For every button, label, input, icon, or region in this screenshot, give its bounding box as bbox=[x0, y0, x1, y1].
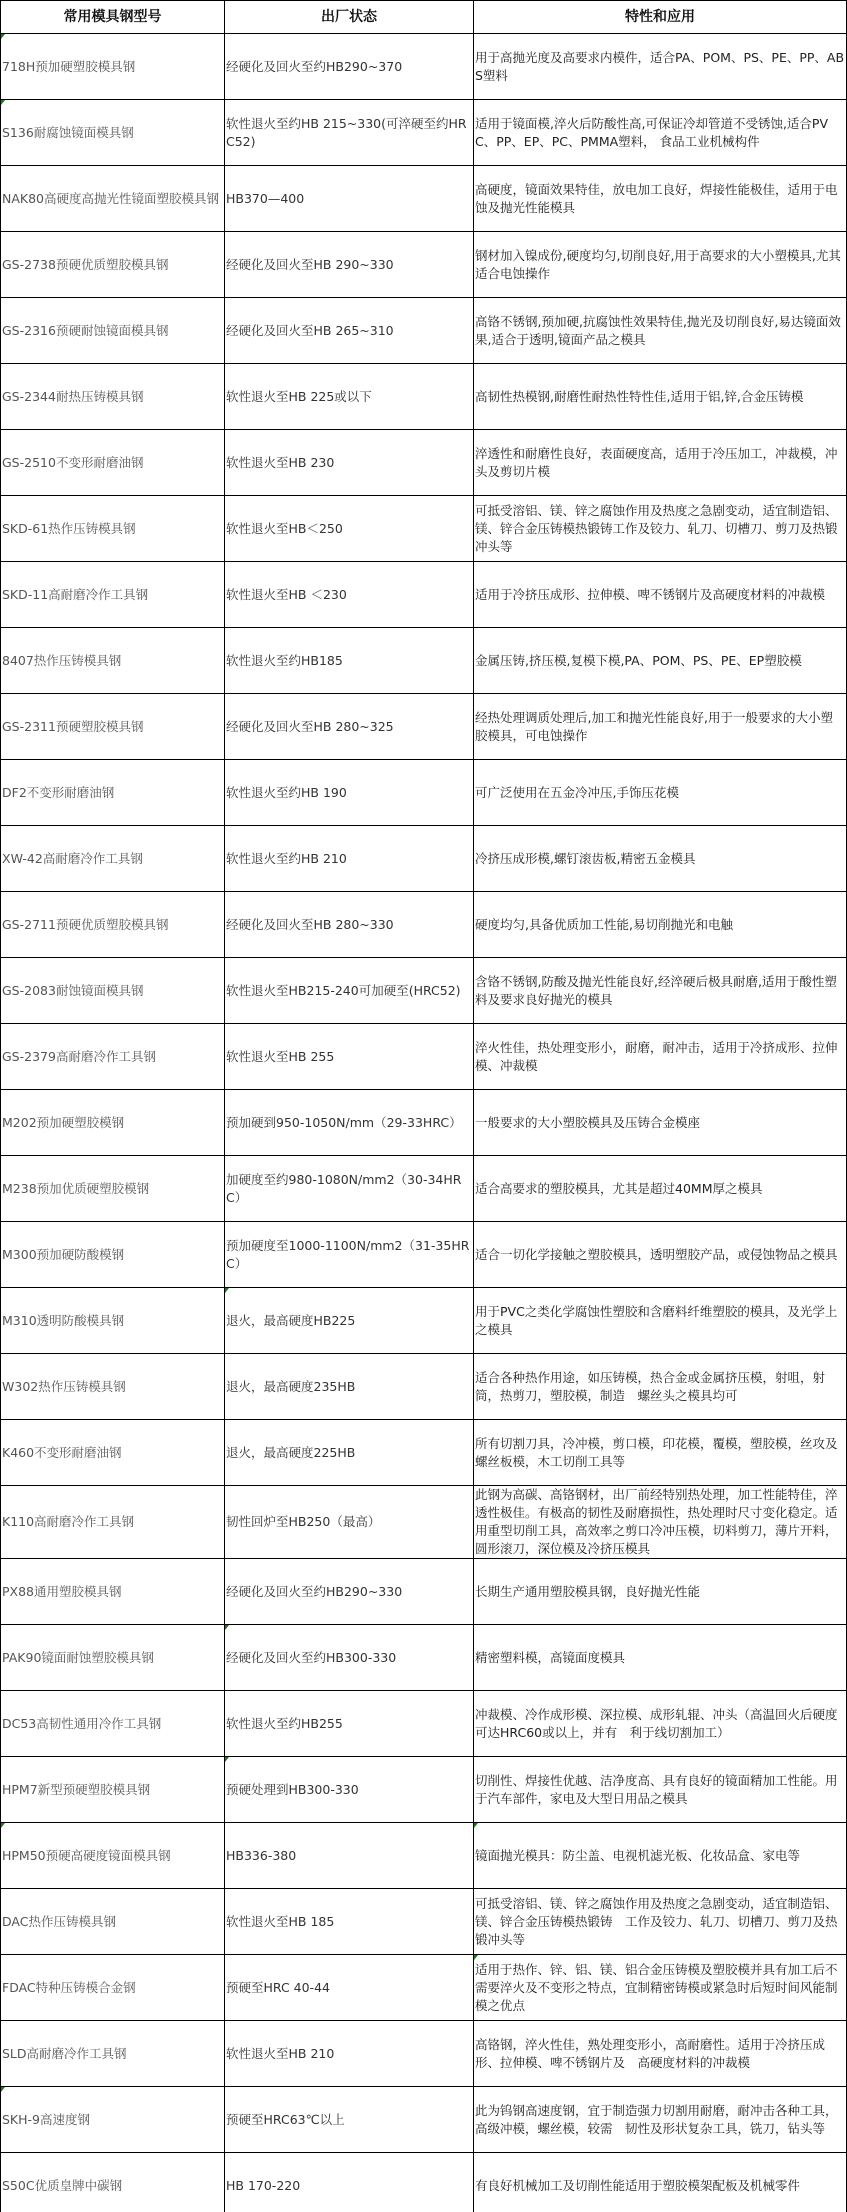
comment-marker-icon bbox=[225, 1757, 229, 1762]
cell-state[interactable]: 经硬化及回火至HB 280~325 bbox=[225, 694, 474, 760]
table-row: HPM7新型预硬塑胶模具钢预硬处理到HB300-330切削性、焊接性优越、洁净度… bbox=[1, 1757, 847, 1823]
cell-state-text: 经硬化及回火至约HB300-330 bbox=[226, 1650, 396, 1665]
cell-grade-text: GS-2316预硬耐蚀镜面模具钢 bbox=[2, 323, 168, 338]
table-row: GS-2316预硬耐蚀镜面模具钢经硬化及回火至HB 265~310高铬不锈钢,预… bbox=[1, 298, 847, 364]
mold-steel-table: 常用模具钢型号 出厂状态 特性和应用 718H预加硬塑胶模具钢经硬化及回火至约H… bbox=[0, 0, 847, 2212]
cell-application-text: 冲裁模、冷作成形模、深拉模、成形轧辊、冲头（高温回火后硬度可达HRC60或以上，… bbox=[475, 1707, 838, 1740]
cell-application[interactable]: 含铬不锈钢,防酸及抛光性能良好,经淬硬后极具耐磨,适用于酸性塑料及要求良好抛光的… bbox=[474, 958, 847, 1024]
table-row: K460不变形耐磨油钢退火，最高硬度225HB所有切割刀具，冷冲模，剪口模，印花… bbox=[1, 1420, 847, 1486]
cell-state[interactable]: 经硬化及回火至HB 265~310 bbox=[225, 298, 474, 364]
cell-state[interactable]: 软性退火至约HB185 bbox=[225, 628, 474, 694]
cell-state-text: 软性退火至HB 255 bbox=[226, 1049, 334, 1064]
cell-application[interactable]: 冲裁模、冷作成形模、深拉模、成形轧辊、冲头（高温回火后硬度可达HRC60或以上，… bbox=[474, 1691, 847, 1757]
cell-grade-text: GS-2510不变形耐磨油钢 bbox=[2, 455, 143, 470]
cell-grade-text: K460不变形耐磨油钢 bbox=[2, 1445, 122, 1460]
cell-application-text: 镜面抛光模具：防尘盖、电视机滤光板、化妆品盒、家电等 bbox=[475, 1848, 800, 1863]
cell-state[interactable]: 经硬化及回火至约HB290~370 bbox=[225, 34, 474, 100]
comment-marker-icon bbox=[474, 1955, 478, 1960]
cell-grade-text: GS-2344耐热压铸模具钢 bbox=[2, 389, 143, 404]
cell-state[interactable]: 软性退火至HB ＜230 bbox=[225, 562, 474, 628]
cell-application[interactable]: 经热处理调质处理后,加工和抛光性能良好,用于一般要求的大小塑胶模具，可电蚀操作 bbox=[474, 694, 847, 760]
cell-state[interactable]: 预加硬度至1000-1100N/mm2（31-35HRC） bbox=[225, 1222, 474, 1288]
cell-grade-text: GS-2083耐蚀镜面模具钢 bbox=[2, 983, 143, 998]
table-row: SLD高耐磨冷作工具钢软性退火至HB 210高铬钢，淬火性佳，熟处理变形小，高耐… bbox=[1, 2021, 847, 2087]
cell-state[interactable]: 经硬化及回火至HB 280~330 bbox=[225, 892, 474, 958]
cell-application[interactable]: 可抵受溶铝、镁、锌之腐蚀作用及热度之急剧变动，适宜制造铝、镁、锌合金压铸模热锻铸… bbox=[474, 1889, 847, 1955]
cell-state-text: 软性退火至HB 210 bbox=[226, 2046, 334, 2061]
cell-application[interactable]: 所有切割刀具，冷冲模，剪口模，印花模，覆模，塑胶模，丝攻及螺丝板模，木工切削工具… bbox=[474, 1420, 847, 1486]
table-row: M238预加优质硬塑胶模钢加硬度至约980-1080N/mm2（30-34HRC… bbox=[1, 1156, 847, 1222]
cell-state[interactable]: 软性退火至约HB 210 bbox=[225, 826, 474, 892]
table-row: FDAC特种压铸模合金钢预硬至HRC 40-44适用于热作、锌、铝、镁、铝合金压… bbox=[1, 1955, 847, 2021]
cell-grade[interactable]: S136耐腐蚀镜面模具钢 bbox=[1, 100, 225, 166]
cell-grade-text: M238预加优质硬塑胶模钢 bbox=[2, 1181, 149, 1196]
cell-state[interactable]: 韧性回炉至HB250（最高） bbox=[225, 1486, 474, 1559]
cell-application[interactable]: 用于PVC之类化学腐蚀性塑胶和含磨料纤维塑胶的模具，及光学上之模具 bbox=[474, 1288, 847, 1354]
cell-state-text: 软性退火至HB ＜230 bbox=[226, 587, 347, 602]
cell-application[interactable]: 适用于冷挤压成形、拉伸模、啤不锈钢片及高硬度材料的冲裁模 bbox=[474, 562, 847, 628]
cell-application[interactable]: 淬透性和耐磨性良好，表面硬度高，适用于冷压加工，冲裁模，冲头及剪切片模 bbox=[474, 430, 847, 496]
cell-grade[interactable]: HPM7新型预硬塑胶模具钢 bbox=[1, 1757, 225, 1823]
cell-application-text: 高韧性热模钢,耐磨性耐热性特性佳,适用于铝,锌,合金压铸模 bbox=[475, 389, 803, 404]
cell-state-text: 退火，最高硬度225HB bbox=[226, 1445, 355, 1460]
cell-grade[interactable]: GS-2344耐热压铸模具钢 bbox=[1, 364, 225, 430]
cell-application[interactable]: 硬度均匀,具备优质加工性能,易切削抛光和电触 bbox=[474, 892, 847, 958]
cell-application[interactable]: 高硬度，镜面效果特佳，放电加工良好，焊接性能极佳，适用于电蚀及抛光性能模具 bbox=[474, 166, 847, 232]
cell-application-text: 高铬钢，淬火性佳，熟处理变形小，高耐磨性。适用于冷挤压成形、拉伸模、啤不锈钢片及… bbox=[475, 2037, 825, 2070]
cell-state-text: 加硬度至约980-1080N/mm2（30-34HRC） bbox=[226, 1172, 461, 1205]
cell-application[interactable]: 高铬钢，淬火性佳，熟处理变形小，高耐磨性。适用于冷挤压成形、拉伸模、啤不锈钢片及… bbox=[474, 2021, 847, 2087]
cell-state[interactable]: 加硬度至约980-1080N/mm2（30-34HRC） bbox=[225, 1156, 474, 1222]
table-row: GS-2711预硬优质塑胶模具钢经硬化及回火至HB 280~330硬度均匀,具备… bbox=[1, 892, 847, 958]
table-row: SKD-61热作压铸模具钢软性退火至HB＜250可抵受溶铝、镁、锌之腐蚀作用及热… bbox=[1, 496, 847, 562]
cell-state[interactable]: 预加硬到950-1050N/mm（29-33HRC） bbox=[225, 1090, 474, 1156]
cell-state-text: 退火，最高硬度HB225 bbox=[226, 1313, 355, 1328]
cell-state-text: 经硬化及回火至约HB290~330 bbox=[226, 1584, 402, 1599]
cell-grade[interactable]: SKD-11高耐磨冷作工具钢 bbox=[1, 562, 225, 628]
cell-state-text: 软性退火至HB215-240可加硬至(HRC52) bbox=[226, 983, 461, 998]
cell-application[interactable]: 精密塑料模，高镜面度模具 bbox=[474, 1625, 847, 1691]
cell-grade-text: XW-42高耐磨冷作工具钢 bbox=[2, 851, 143, 866]
cell-grade-text: S136耐腐蚀镜面模具钢 bbox=[2, 125, 134, 140]
cell-application-text: 适合高要求的塑胶模具，尤其是超过40MM厚之模具 bbox=[475, 1181, 762, 1196]
cell-state[interactable]: 软性退火至HB 185 bbox=[225, 1889, 474, 1955]
cell-application[interactable]: 可抵受溶铝、镁、锌之腐蚀作用及热度之急剧变动，适宜制造铝、镁、锌合金压铸模热锻铸… bbox=[474, 496, 847, 562]
cell-grade-text: PAK90镜面耐蚀塑胶模具钢 bbox=[2, 1650, 154, 1665]
cell-application-text: 有良好机械加工及切削性能适用于塑胶模架配板及机械零件 bbox=[475, 2178, 800, 2193]
table-row: GS-2510不变形耐磨油钢软性退火至HB 230淬透性和耐磨性良好，表面硬度高… bbox=[1, 430, 847, 496]
cell-application-text: 可抵受溶铝、镁、锌之腐蚀作用及热度之急剧变动，适宜制造铝、镁、锌合金压铸模热锻铸… bbox=[475, 1896, 838, 1947]
table-row: GS-2344耐热压铸模具钢软性退火至HB 225或以下高韧性热模钢,耐磨性耐热… bbox=[1, 364, 847, 430]
cell-grade[interactable]: S50C优质皇牌中碳钢 bbox=[1, 2153, 225, 2212]
cell-application-text: 硬度均匀,具备优质加工性能,易切削抛光和电触 bbox=[475, 917, 733, 932]
cell-application[interactable]: 长期生产通用塑胶模具钢，良好抛光性能 bbox=[474, 1559, 847, 1625]
cell-grade-text: DAC热作压铸模具钢 bbox=[2, 1914, 116, 1929]
cell-grade-text: GS-2311预硬塑胶模具钢 bbox=[2, 719, 143, 734]
cell-state[interactable]: 软性退火至约HB 215~330(可淬硬至约HRC52) bbox=[225, 100, 474, 166]
cell-grade-text: 8407热作压铸模具钢 bbox=[2, 653, 121, 668]
cell-grade[interactable]: GS-2311预硬塑胶模具钢 bbox=[1, 694, 225, 760]
comment-marker-icon bbox=[225, 1625, 229, 1630]
cell-application[interactable]: 钢材加入镍成份,硬度均匀,切削良好,用于高要求的大小塑模具,尤其适合电蚀操作 bbox=[474, 232, 847, 298]
cell-state-text: 经硬化及回火至约HB290~370 bbox=[226, 59, 402, 74]
cell-grade-text: GS-2711预硬优质塑胶模具钢 bbox=[2, 917, 168, 932]
cell-grade-text: 718H预加硬塑胶模具钢 bbox=[2, 59, 135, 74]
comment-marker-icon bbox=[474, 1823, 478, 1828]
cell-application-text: 长期生产通用塑胶模具钢，良好抛光性能 bbox=[475, 1584, 700, 1599]
cell-grade-text: DF2不变形耐磨油钢 bbox=[2, 785, 114, 800]
cell-grade-text: GS-2738预硬优质塑胶模具钢 bbox=[2, 257, 168, 272]
cell-state[interactable]: HB370—400 bbox=[225, 166, 474, 232]
cell-grade-text: DC53高韧性通用冷作工具钢 bbox=[2, 1716, 161, 1731]
cell-state-text: 软性退火至约HB 215~330(可淬硬至约HRC52) bbox=[226, 116, 467, 149]
cell-grade-text: PX88通用塑胶模具钢 bbox=[2, 1584, 122, 1599]
cell-grade[interactable]: PX88通用塑胶模具钢 bbox=[1, 1559, 225, 1625]
table-row: XW-42高耐磨冷作工具钢软性退火至约HB 210冷挤压成形模,螺钉滚齿板,精密… bbox=[1, 826, 847, 892]
cell-application[interactable]: 适合各种热作用途，如压铸模，热合金或金属挤压模，射咀，射筒，热剪刀，塑胶模，制造… bbox=[474, 1354, 847, 1420]
cell-grade[interactable]: HPM50预硬高硬度镜面模具钢 bbox=[1, 1823, 225, 1889]
cell-state-text: 软性退火至约HB185 bbox=[226, 653, 343, 668]
cell-state[interactable]: 经硬化及回火至约HB300-330 bbox=[225, 1625, 474, 1691]
cell-application-text: 适用于热作、锌、铝、镁、铝合金压铸模及塑胶模并具有加工后不需要淬火及不变形之特点… bbox=[475, 1962, 838, 2013]
cell-grade[interactable]: PAK90镜面耐蚀塑胶模具钢 bbox=[1, 1625, 225, 1691]
cell-state-text: 软性退火至约HB255 bbox=[226, 1716, 343, 1731]
cell-grade-text: SKH-9高速度钢 bbox=[2, 2112, 90, 2127]
cell-grade[interactable]: M310透明防酸模具钢 bbox=[1, 1288, 225, 1354]
table-row: GS-2379高耐磨冷作工具钢软性退火至HB 255淬火性佳，热处理变形小，耐磨… bbox=[1, 1024, 847, 1090]
cell-application-text: 经热处理调质处理后,加工和抛光性能良好,用于一般要求的大小塑胶模具，可电蚀操作 bbox=[475, 710, 833, 743]
table-row: GS-2083耐蚀镜面模具钢软性退火至HB215-240可加硬至(HRC52)含… bbox=[1, 958, 847, 1024]
cell-grade[interactable]: GS-2510不变形耐磨油钢 bbox=[1, 430, 225, 496]
cell-application-text: 精密塑料模，高镜面度模具 bbox=[475, 1650, 625, 1665]
table-row: M300预加硬防酸模钢预加硬度至1000-1100N/mm2（31-35HRC）… bbox=[1, 1222, 847, 1288]
cell-application-text: 此为钨钢高速度钢，宜于制造强力切割用耐磨，耐冲击各种工具，高级冲模，螺丝模，较需… bbox=[475, 2103, 838, 2136]
cell-grade[interactable]: W302热作压铸模具钢 bbox=[1, 1354, 225, 1420]
cell-state-text: 预硬处理到HB300-330 bbox=[226, 1782, 359, 1797]
cell-grade-text: K110高耐磨冷作工具钢 bbox=[2, 1514, 134, 1529]
cell-state-text: 经硬化及回火至HB 280~330 bbox=[226, 917, 394, 932]
cell-grade-text: M202预加硬塑胶模钢 bbox=[2, 1115, 124, 1130]
cell-grade-text: S50C优质皇牌中碳钢 bbox=[2, 2178, 122, 2193]
cell-state[interactable]: 软性退火至HB 230 bbox=[225, 430, 474, 496]
cell-grade-text: HPM7新型预硬塑胶模具钢 bbox=[2, 1782, 150, 1797]
cell-state[interactable]: 预硬至HRC63℃以上 bbox=[225, 2087, 474, 2153]
cell-grade[interactable]: SLD高耐磨冷作工具钢 bbox=[1, 2021, 225, 2087]
cell-application-text: 适用于镜面模,淬火后防酸性高,可保证冷却管道不受锈蚀,适合PVC、PP、EP、P… bbox=[475, 116, 828, 149]
cell-state-text: 软性退火至HB 185 bbox=[226, 1914, 334, 1929]
header-grade: 常用模具钢型号 bbox=[1, 1, 225, 34]
cell-grade[interactable]: GS-2711预硬优质塑胶模具钢 bbox=[1, 892, 225, 958]
cell-state-text: 预加硬度至1000-1100N/mm2（31-35HRC） bbox=[226, 1238, 469, 1271]
cell-grade[interactable]: M202预加硬塑胶模钢 bbox=[1, 1090, 225, 1156]
cell-application-text: 适合一切化学接触之塑胶模具，透明塑胶产品，或侵蚀物品之模具 bbox=[475, 1247, 838, 1262]
cell-grade[interactable]: SKD-61热作压铸模具钢 bbox=[1, 496, 225, 562]
cell-grade-text: HPM50预硬高硬度镜面模具钢 bbox=[2, 1848, 171, 1863]
cell-state-text: 经硬化及回火至HB 290~330 bbox=[226, 257, 394, 272]
cell-state[interactable]: 经硬化及回火至HB 290~330 bbox=[225, 232, 474, 298]
cell-application-text: 可广泛使用在五金冷冲压,手饰压花模 bbox=[475, 785, 679, 800]
table-row: M202预加硬塑胶模钢预加硬到950-1050N/mm（29-33HRC）一般要… bbox=[1, 1090, 847, 1156]
cell-application-text: 淬火性佳，热处理变形小，耐磨，耐冲击，适用于冷挤成形、拉伸模、冲裁模 bbox=[475, 1040, 838, 1073]
cell-state-text: 经硬化及回火至HB 265~310 bbox=[226, 323, 394, 338]
cell-application-text: 淬透性和耐磨性良好，表面硬度高，适用于冷压加工，冲裁模，冲头及剪切片模 bbox=[475, 446, 838, 479]
cell-application-text: 用于高抛光度及高要求内模件，适合PA、POM、PS、PE、PP、ABS塑料 bbox=[475, 50, 844, 83]
cell-grade[interactable]: 8407热作压铸模具钢 bbox=[1, 628, 225, 694]
cell-state[interactable]: 软性退火至HB215-240可加硬至(HRC52) bbox=[225, 958, 474, 1024]
table-row: 718H预加硬塑胶模具钢经硬化及回火至约HB290~370用于高抛光度及高要求内… bbox=[1, 34, 847, 100]
cell-grade-text: W302热作压铸模具钢 bbox=[2, 1379, 126, 1394]
comment-marker-icon bbox=[1, 100, 5, 105]
cell-application[interactable]: 镜面抛光模具：防尘盖、电视机滤光板、化妆品盒、家电等 bbox=[474, 1823, 847, 1889]
cell-state-text: 软性退火至HB 230 bbox=[226, 455, 334, 470]
table-row: GS-2738预硬优质塑胶模具钢经硬化及回火至HB 290~330钢材加入镍成份… bbox=[1, 232, 847, 298]
cell-grade[interactable]: DC53高韧性通用冷作工具钢 bbox=[1, 1691, 225, 1757]
cell-state-text: 预加硬到950-1050N/mm（29-33HRC） bbox=[226, 1115, 462, 1130]
cell-grade-text: GS-2379高耐磨冷作工具钢 bbox=[2, 1049, 156, 1064]
cell-application[interactable]: 有良好机械加工及切削性能适用于塑胶模架配板及机械零件 bbox=[474, 2153, 847, 2212]
cell-application[interactable]: 用于高抛光度及高要求内模件，适合PA、POM、PS、PE、PP、ABS塑料 bbox=[474, 34, 847, 100]
comment-marker-icon bbox=[1, 34, 5, 39]
cell-grade[interactable]: DF2不变形耐磨油钢 bbox=[1, 760, 225, 826]
cell-application-text: 切削性、焊接性优越、洁净度高、具有良好的镜面精加工性能。用于汽车部件，家电及大型… bbox=[475, 1773, 838, 1806]
cell-state-text: 软性退火至约HB 210 bbox=[226, 851, 347, 866]
cell-application[interactable]: 适合一切化学接触之塑胶模具，透明塑胶产品，或侵蚀物品之模具 bbox=[474, 1222, 847, 1288]
comment-marker-icon bbox=[1, 1823, 5, 1828]
table-row: S136耐腐蚀镜面模具钢软性退火至约HB 215~330(可淬硬至约HRC52)… bbox=[1, 100, 847, 166]
cell-application-text: 所有切割刀具，冷冲模，剪口模，印花模，覆模，塑胶模，丝攻及螺丝板模，木工切削工具… bbox=[475, 1436, 838, 1469]
cell-application-text: 金属压铸,挤压模,复模下模,PA、POM、PS、PE、EP塑胶模 bbox=[475, 653, 802, 668]
cell-grade-text: SLD高耐磨冷作工具钢 bbox=[2, 2046, 127, 2061]
cell-grade-text: FDAC特种压铸模合金钢 bbox=[2, 1980, 136, 1995]
table-row: S50C优质皇牌中碳钢HB 170-220有良好机械加工及切削性能适用于塑胶模架… bbox=[1, 2153, 847, 2212]
cell-application[interactable]: 适合高要求的塑胶模具，尤其是超过40MM厚之模具 bbox=[474, 1156, 847, 1222]
cell-grade-text: SKD-11高耐磨冷作工具钢 bbox=[2, 587, 148, 602]
table-row: W302热作压铸模具钢退火，最高硬度235HB适合各种热作用途，如压铸模，热合金… bbox=[1, 1354, 847, 1420]
cell-grade[interactable]: M238预加优质硬塑胶模钢 bbox=[1, 1156, 225, 1222]
cell-state[interactable]: HB336-380 bbox=[225, 1823, 474, 1889]
header-state: 出厂状态 bbox=[225, 1, 474, 34]
cell-application[interactable]: 此为钨钢高速度钢，宜于制造强力切割用耐磨，耐冲击各种工具，高级冲模，螺丝模，较需… bbox=[474, 2087, 847, 2153]
cell-state-text: 预硬至HRC 40-44 bbox=[226, 1980, 330, 1995]
comment-marker-icon bbox=[1, 2087, 5, 2092]
cell-application[interactable]: 高铬不锈钢,预加硬,抗腐蚀性效果特佳,抛光及切削良好,易达镜面效果,适合于透明,… bbox=[474, 298, 847, 364]
cell-state-text: 经硬化及回火至HB 280~325 bbox=[226, 719, 394, 734]
cell-application[interactable]: 可广泛使用在五金冷冲压,手饰压花模 bbox=[474, 760, 847, 826]
cell-state[interactable]: 软性退火至约HB 190 bbox=[225, 760, 474, 826]
table-row: PAK90镜面耐蚀塑胶模具钢经硬化及回火至约HB300-330精密塑料模，高镜面… bbox=[1, 1625, 847, 1691]
header-row: 常用模具钢型号 出厂状态 特性和应用 bbox=[1, 1, 847, 34]
cell-state[interactable]: 退火，最高硬度HB225 bbox=[225, 1288, 474, 1354]
cell-grade[interactable]: K110高耐磨冷作工具钢 bbox=[1, 1486, 225, 1559]
cell-grade[interactable]: NAK80高硬度高抛光性镜面塑胶模具钢 bbox=[1, 166, 225, 232]
table-body: 718H预加硬塑胶模具钢经硬化及回火至约HB290~370用于高抛光度及高要求内… bbox=[1, 34, 847, 2212]
cell-application[interactable]: 冷挤压成形模,螺钉滚齿板,精密五金模具 bbox=[474, 826, 847, 892]
table-row: DAC热作压铸模具钢软性退火至HB 185可抵受溶铝、镁、锌之腐蚀作用及热度之急… bbox=[1, 1889, 847, 1955]
cell-state-text: HB336-380 bbox=[226, 1848, 296, 1863]
cell-state[interactable]: 经硬化及回火至约HB290~330 bbox=[225, 1559, 474, 1625]
cell-state-text: HB370—400 bbox=[226, 191, 304, 206]
cell-grade-text: M310透明防酸模具钢 bbox=[2, 1313, 124, 1328]
cell-application[interactable]: 此钢为高碳、高铬钢材，出厂前经特别热处理，加工性能特佳，淬透性极佳。有极高的韧性… bbox=[474, 1486, 847, 1559]
table-row: SKH-9高速度钢预硬至HRC63℃以上此为钨钢高速度钢，宜于制造强力切割用耐磨… bbox=[1, 2087, 847, 2153]
cell-grade-text: SKD-61热作压铸模具钢 bbox=[2, 521, 136, 536]
cell-grade[interactable]: DAC热作压铸模具钢 bbox=[1, 1889, 225, 1955]
cell-application[interactable]: 切削性、焊接性优越、洁净度高、具有良好的镜面精加工性能。用于汽车部件，家电及大型… bbox=[474, 1757, 847, 1823]
cell-state[interactable]: 预硬至HRC 40-44 bbox=[225, 1955, 474, 2021]
cell-grade[interactable]: XW-42高耐磨冷作工具钢 bbox=[1, 826, 225, 892]
cell-state[interactable]: 退火，最高硬度235HB bbox=[225, 1354, 474, 1420]
table-row: 8407热作压铸模具钢软性退火至约HB185金属压铸,挤压模,复模下模,PA、P… bbox=[1, 628, 847, 694]
cell-application-text: 适用于冷挤压成形、拉伸模、啤不锈钢片及高硬度材料的冲裁模 bbox=[475, 587, 825, 602]
cell-application-text: 适合各种热作用途，如压铸模，热合金或金属挤压模，射咀，射筒，热剪刀，塑胶模，制造… bbox=[475, 1370, 825, 1403]
cell-application-text: 可抵受溶铝、镁、锌之腐蚀作用及热度之急剧变动，适宜制造铝、镁、锌合金压铸模热锻铸… bbox=[475, 503, 838, 554]
cell-state-text: 退火，最高硬度235HB bbox=[226, 1379, 355, 1394]
cell-grade[interactable]: K460不变形耐磨油钢 bbox=[1, 1420, 225, 1486]
cell-application[interactable]: 一般要求的大小塑胶模具及压铸合金模座 bbox=[474, 1090, 847, 1156]
cell-state[interactable]: 软性退火至约HB255 bbox=[225, 1691, 474, 1757]
cell-grade[interactable]: GS-2083耐蚀镜面模具钢 bbox=[1, 958, 225, 1024]
cell-application-text: 含铬不锈钢,防酸及抛光性能良好,经淬硬后极具耐磨,适用于酸性塑料及要求良好抛光的… bbox=[475, 974, 837, 1007]
cell-application[interactable]: 高韧性热模钢,耐磨性耐热性特性佳,适用于铝,锌,合金压铸模 bbox=[474, 364, 847, 430]
cell-application[interactable]: 适用于热作、锌、铝、镁、铝合金压铸模及塑胶模并具有加工后不需要淬火及不变形之特点… bbox=[474, 1955, 847, 2021]
cell-state-text: 韧性回炉至HB250（最高） bbox=[226, 1514, 380, 1529]
cell-grade[interactable]: GS-2316预硬耐蚀镜面模具钢 bbox=[1, 298, 225, 364]
cell-application-text: 高铬不锈钢,预加硬,抗腐蚀性效果特佳,抛光及切削良好,易达镜面效果,适合于透明,… bbox=[475, 314, 841, 347]
cell-state-text: 软性退火至约HB 190 bbox=[226, 785, 347, 800]
cell-application-text: 一般要求的大小塑胶模具及压铸合金模座 bbox=[475, 1115, 700, 1130]
cell-application-text: 钢材加入镍成份,硬度均匀,切削良好,用于高要求的大小塑模具,尤其适合电蚀操作 bbox=[475, 248, 841, 281]
cell-application-text: 此钢为高碳、高铬钢材，出厂前经特别热处理，加工性能特佳，淬透性极佳。有极高的韧性… bbox=[475, 1487, 838, 1556]
comment-marker-icon bbox=[225, 1288, 229, 1293]
table-row: GS-2311预硬塑胶模具钢经硬化及回火至HB 280~325经热处理调质处理后… bbox=[1, 694, 847, 760]
table-row: PX88通用塑胶模具钢经硬化及回火至约HB290~330长期生产通用塑胶模具钢，… bbox=[1, 1559, 847, 1625]
table-row: HPM50预硬高硬度镜面模具钢HB336-380镜面抛光模具：防尘盖、电视机滤光… bbox=[1, 1823, 847, 1889]
table-row: K110高耐磨冷作工具钢韧性回炉至HB250（最高）此钢为高碳、高铬钢材，出厂前… bbox=[1, 1486, 847, 1559]
cell-state[interactable]: 退火，最高硬度225HB bbox=[225, 1420, 474, 1486]
cell-application[interactable]: 金属压铸,挤压模,复模下模,PA、POM、PS、PE、EP塑胶模 bbox=[474, 628, 847, 694]
cell-application-text: 高硬度，镜面效果特佳，放电加工良好，焊接性能极佳，适用于电蚀及抛光性能模具 bbox=[475, 182, 838, 215]
cell-state-text: 软性退火至HB＜250 bbox=[226, 521, 343, 536]
table-row: M310透明防酸模具钢退火，最高硬度HB225用于PVC之类化学腐蚀性塑胶和含磨… bbox=[1, 1288, 847, 1354]
cell-grade[interactable]: GS-2379高耐磨冷作工具钢 bbox=[1, 1024, 225, 1090]
cell-grade[interactable]: M300预加硬防酸模钢 bbox=[1, 1222, 225, 1288]
cell-state[interactable]: 软性退火至HB 255 bbox=[225, 1024, 474, 1090]
table-row: DC53高韧性通用冷作工具钢软性退火至约HB255冲裁模、冷作成形模、深拉模、成… bbox=[1, 1691, 847, 1757]
cell-state[interactable]: 预硬处理到HB300-330 bbox=[225, 1757, 474, 1823]
cell-state-text: 预硬至HRC63℃以上 bbox=[226, 2112, 345, 2127]
header-application: 特性和应用 bbox=[474, 1, 847, 34]
cell-state[interactable]: 软性退火至HB＜250 bbox=[225, 496, 474, 562]
cell-grade-text: NAK80高硬度高抛光性镜面塑胶模具钢 bbox=[2, 191, 219, 206]
cell-application[interactable]: 淬火性佳，热处理变形小，耐磨，耐冲击，适用于冷挤成形、拉伸模、冲裁模 bbox=[474, 1024, 847, 1090]
table-row: DF2不变形耐磨油钢软性退火至约HB 190可广泛使用在五金冷冲压,手饰压花模 bbox=[1, 760, 847, 826]
cell-application-text: 冷挤压成形模,螺钉滚齿板,精密五金模具 bbox=[475, 851, 695, 866]
cell-state[interactable]: 软性退火至HB 210 bbox=[225, 2021, 474, 2087]
cell-state[interactable]: HB 170-220 bbox=[225, 2153, 474, 2212]
cell-grade[interactable]: 718H预加硬塑胶模具钢 bbox=[1, 34, 225, 100]
cell-grade-text: M300预加硬防酸模钢 bbox=[2, 1247, 124, 1262]
cell-application-text: 用于PVC之类化学腐蚀性塑胶和含磨料纤维塑胶的模具，及光学上之模具 bbox=[475, 1304, 837, 1337]
cell-grade[interactable]: GS-2738预硬优质塑胶模具钢 bbox=[1, 232, 225, 298]
cell-application[interactable]: 适用于镜面模,淬火后防酸性高,可保证冷却管道不受锈蚀,适合PVC、PP、EP、P… bbox=[474, 100, 847, 166]
table-row: NAK80高硬度高抛光性镜面塑胶模具钢HB370—400高硬度，镜面效果特佳，放… bbox=[1, 166, 847, 232]
cell-grade[interactable]: FDAC特种压铸模合金钢 bbox=[1, 1955, 225, 2021]
cell-state-text: HB 170-220 bbox=[226, 2178, 300, 2193]
cell-state[interactable]: 软性退火至HB 225或以下 bbox=[225, 364, 474, 430]
cell-state-text: 软性退火至HB 225或以下 bbox=[226, 389, 372, 404]
table-row: SKD-11高耐磨冷作工具钢软性退火至HB ＜230适用于冷挤压成形、拉伸模、啤… bbox=[1, 562, 847, 628]
cell-grade[interactable]: SKH-9高速度钢 bbox=[1, 2087, 225, 2153]
